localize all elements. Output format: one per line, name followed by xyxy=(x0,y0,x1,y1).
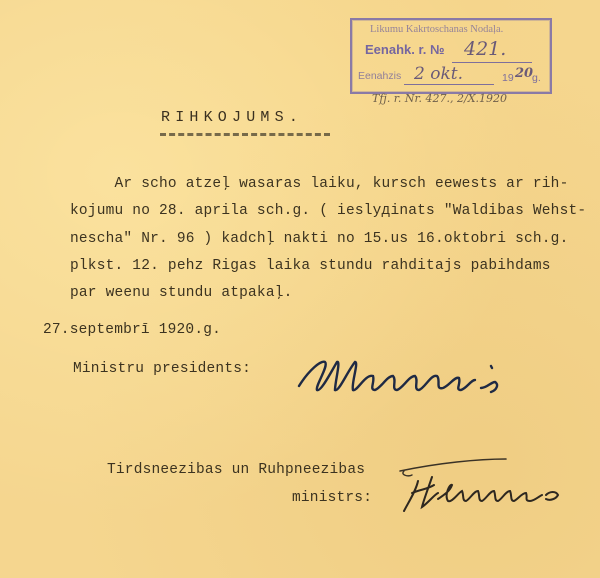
stamp-date-rule xyxy=(404,84,494,85)
stamp-year-prefix: 19 xyxy=(502,72,514,84)
signature-sommers xyxy=(378,455,578,520)
document-date: 27.septembrī 1920.g. xyxy=(43,322,221,338)
signatory-2-label-line2: ministrs: xyxy=(292,490,372,506)
title-underline xyxy=(160,133,330,136)
body-line-2: kojumu no 28. aprila sch.g. ( ieslудinat… xyxy=(70,203,586,219)
stamp-year-suffix: g. xyxy=(532,72,541,84)
stamp-entry-number: 421. xyxy=(464,38,506,60)
pencil-annotation: Tfj. r. Nr. 427., 2/X.1920 xyxy=(372,92,507,105)
document-title: RIHKOJUMS. xyxy=(161,109,303,126)
signatory-2-label-line1: Tirdsneezibas un Ruhpneezibas xyxy=(107,462,365,478)
signatory-1-label: Ministru presidents: xyxy=(73,361,251,377)
stamp-year-value: 20 xyxy=(515,66,533,81)
document-page: Likumu Kakrtoschanas Nodaļa. Eenahk. r. … xyxy=(0,0,600,578)
stamp-date-value: 2 okt. xyxy=(414,64,463,84)
signature-ulmanis xyxy=(295,352,540,402)
body-line-3: nescha" Nr. 96 ) kadchļ nakti no 15.us 1… xyxy=(70,231,568,247)
registration-stamp: Likumu Kakrtoschanas Nodaļa. Eenahk. r. … xyxy=(350,18,552,94)
stamp-entry-label: Eenahk. r. № xyxy=(365,42,445,57)
body-line-4: plkst. 12. pehz Rigas laika stundu rahdi… xyxy=(70,258,551,274)
body-line-1: Ar scho atzeļ wasaras laiku, kursch eewe… xyxy=(70,176,568,192)
stamp-office-name: Likumu Kakrtoschanas Nodaļa. xyxy=(370,24,503,35)
stamp-date-label: Eenahzis xyxy=(358,70,401,82)
body-line-5: par weenu stundu atpakaļ. xyxy=(70,285,293,301)
stamp-entry-rule xyxy=(452,62,532,63)
